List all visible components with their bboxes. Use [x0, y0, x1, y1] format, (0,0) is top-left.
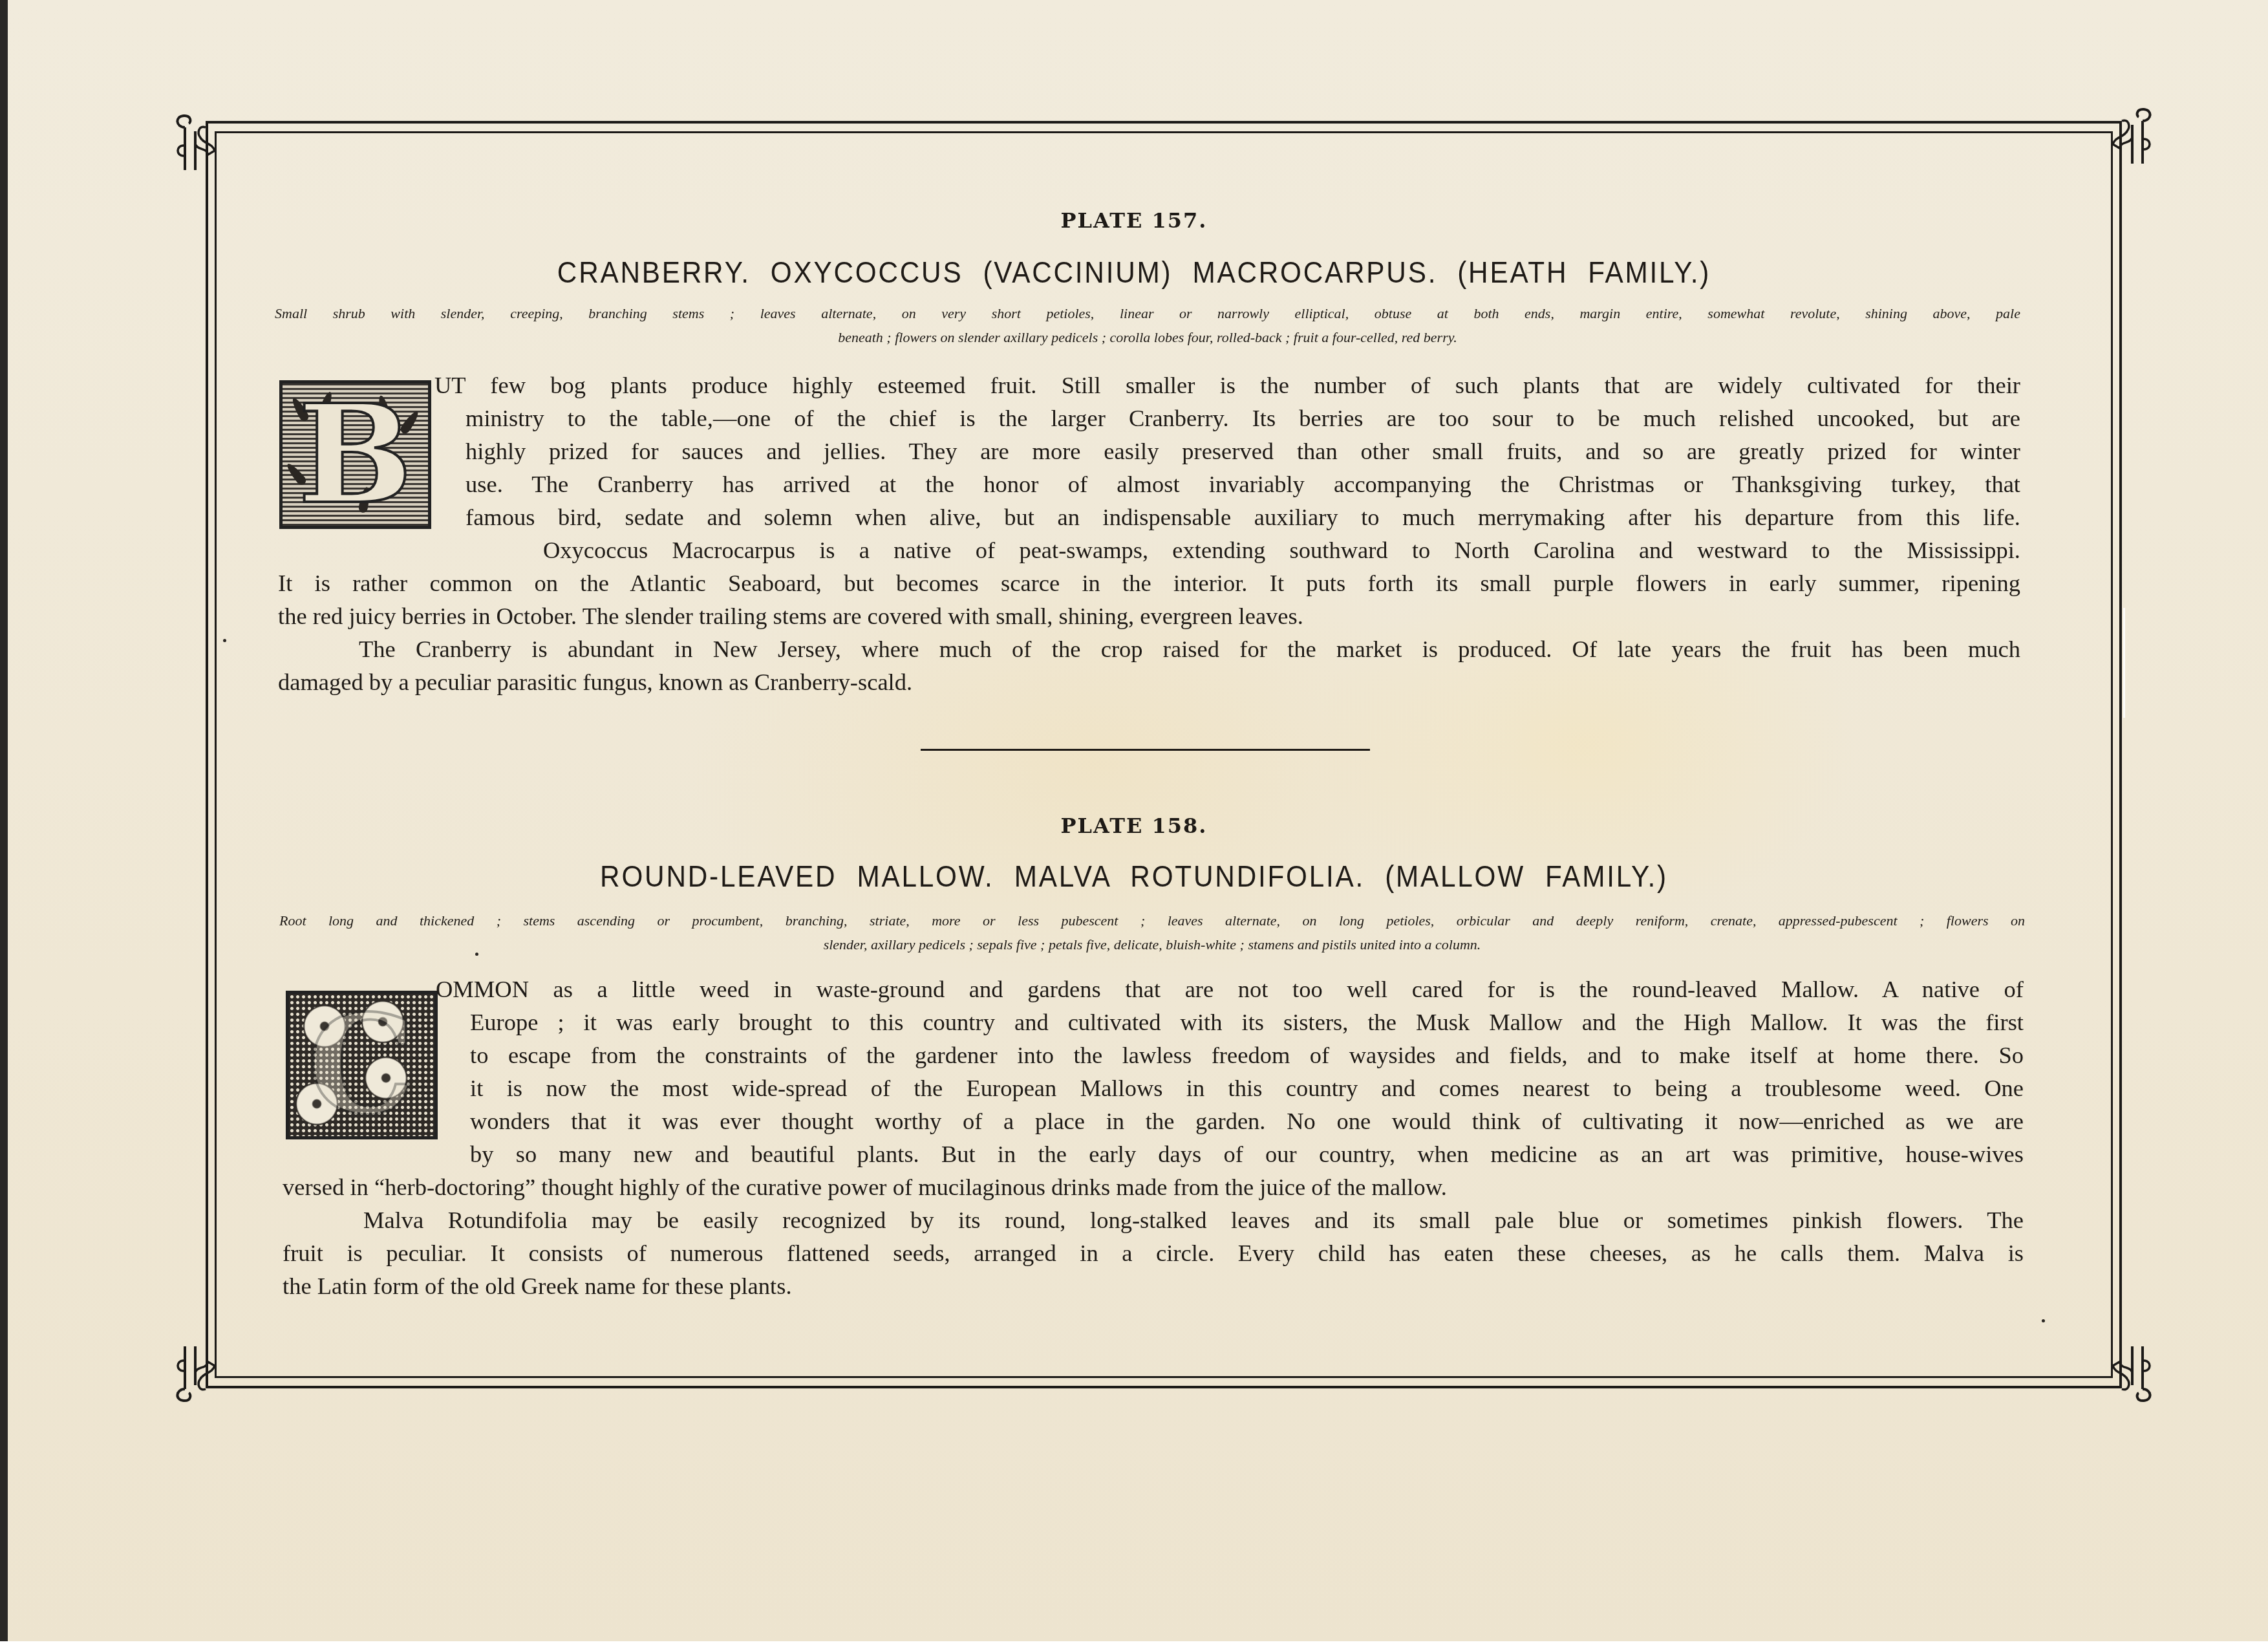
text-line: famous bird, sedate and solemn when aliv… [465, 501, 2020, 533]
section-divider [921, 749, 1370, 751]
corner-flourish-icon [169, 113, 228, 171]
text-line: it is now the most wide-spread of the Eu… [470, 1072, 2024, 1105]
plate-label: PLATE 158. [0, 814, 2268, 838]
botanical-description: Small shrub with slender, creeping, bran… [275, 301, 2020, 349]
description-line: Small shrub with slender, creeping, bran… [275, 301, 2020, 325]
text-line: OMMON as a little weed in waste-ground a… [436, 973, 2024, 1006]
text-line: wonders that it was ever thought worthy … [470, 1105, 2024, 1137]
text-line: the Latin form of the old Greek name for… [283, 1269, 2024, 1302]
corner-flourish-icon [169, 1345, 228, 1403]
plate-label: PLATE 157. [0, 208, 2268, 233]
text-line: to escape from the constraints of the ga… [470, 1039, 2024, 1072]
description-line: beneath ; flowers on slender axillary pe… [275, 325, 2020, 349]
corner-flourish-icon [2100, 107, 2158, 165]
text-line: versed in “herb-doctoring” thought highl… [283, 1170, 2024, 1203]
corner-flourish-icon [2100, 1345, 2158, 1403]
description-line: Root long and thickened ; stems ascendin… [279, 909, 2025, 932]
text-line: Europe ; it was early brought to this co… [470, 1006, 2024, 1039]
plate-title: ROUND-LEAVED MALLOW. MALVA ROTUNDIFOLIA.… [91, 859, 2177, 894]
ink-speck [475, 953, 478, 956]
plate-body-text: UT few bog plants produce highly esteeme… [278, 369, 2020, 698]
text-line: by so many new and beautiful plants. But… [470, 1137, 2024, 1170]
text-line: fruit is peculiar. It consists of numero… [283, 1236, 2024, 1269]
text-line: UT few bog plants produce highly esteeme… [434, 369, 2020, 402]
text-line: Oxycoccus Macrocarpus is a native of pea… [278, 533, 2020, 566]
ink-speck [223, 639, 226, 642]
scan-edge-bottom [0, 1641, 2268, 1649]
text-line: The Cranberry is abundant in New Jersey,… [278, 632, 2020, 665]
text-line: It is rather common on the Atlantic Seab… [278, 566, 2020, 599]
plate-title: CRANBERRY. OXYCOCCUS (VACCINIUM) MACROCA… [91, 255, 2177, 290]
plate-body-text: OMMON as a little weed in waste-ground a… [283, 973, 2024, 1302]
text-line: ministry to the table,—one of the chief … [465, 402, 2020, 435]
ink-speck [2042, 1319, 2045, 1322]
botanical-description: Root long and thickened ; stems ascendin… [279, 909, 2025, 956]
description-line: slender, axillary pedicels ; sepals five… [279, 932, 2025, 956]
text-line: the red juicy berries in October. The sl… [278, 599, 2020, 632]
text-line: highly prized for sauces and jellies. Th… [465, 435, 2020, 468]
text-line: use. The Cranberry has arrived at the ho… [465, 468, 2020, 501]
paper-crease-mark [2123, 608, 2125, 718]
text-line: Malva Rotundifolia may be easily recogni… [283, 1203, 2024, 1236]
text-line: damaged by a peculiar parasitic fungus, … [278, 665, 2020, 698]
